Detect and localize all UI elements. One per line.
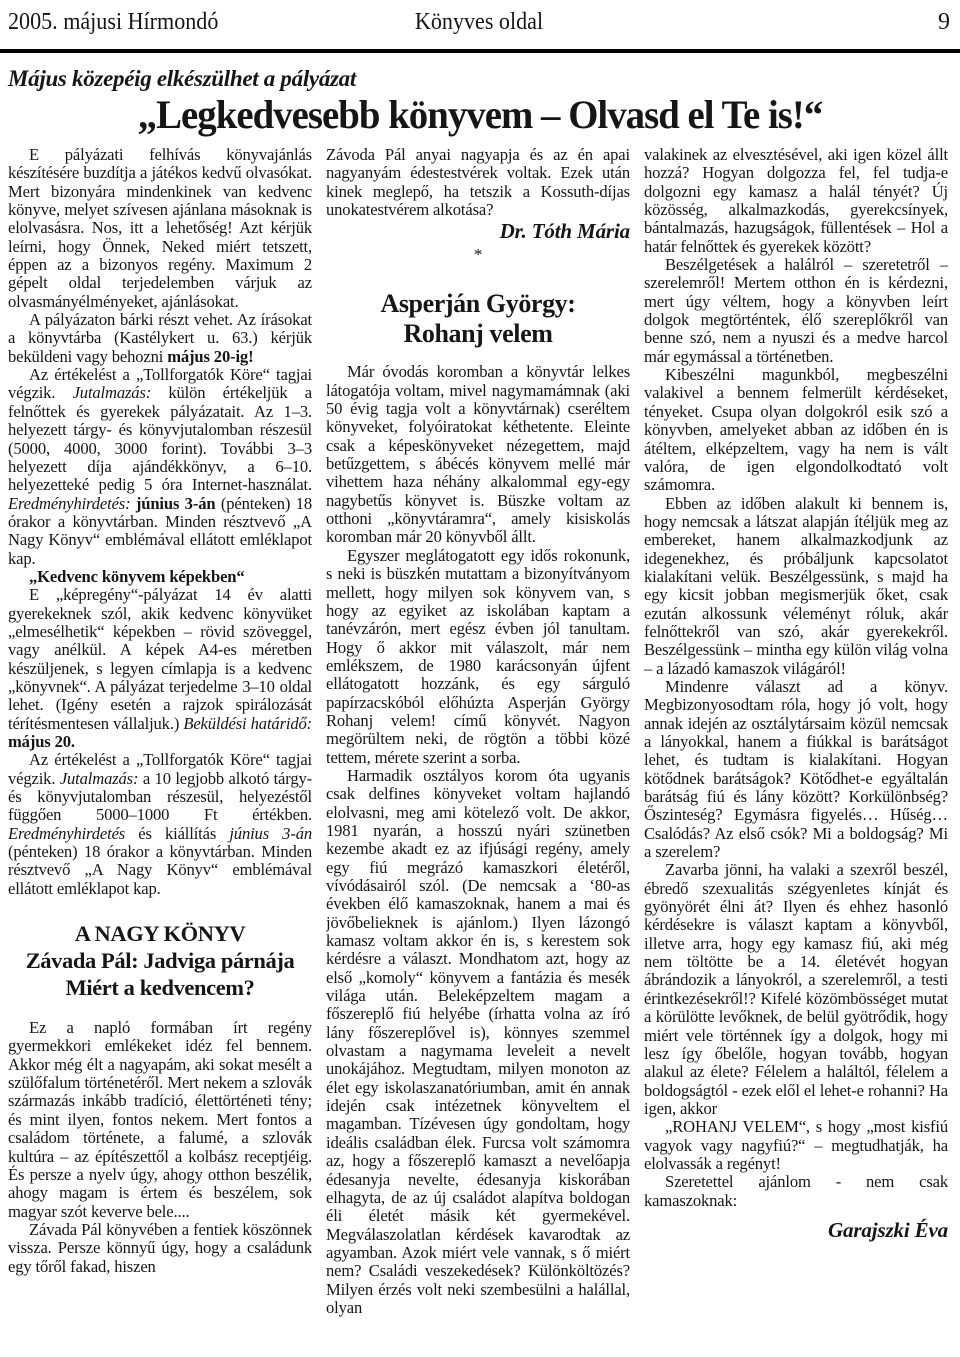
article-columns: E pályázati felhívás könyvajánlás készít… (0, 137, 960, 1357)
signature: Dr. Tóth Mária (326, 219, 630, 243)
paragraph: Az értékelést a „Tollforgatók Köre“ tagj… (8, 751, 312, 898)
paragraph: E „képregény“-pályázat 14 év alatti gyer… (8, 586, 312, 751)
paragraph: Ez a napló formában írt regény gyermekko… (8, 1019, 312, 1221)
paragraph: Závoda Pál anyai nagyapja és az én apai … (326, 146, 630, 219)
paragraph: Egyszer meglátogatott egy idős rokonunk,… (326, 547, 630, 767)
paragraph: Szeretettel ajánlom - nem csak kamaszokn… (644, 1173, 948, 1210)
kicker-headline: Május közepéig elkészülhet a pályázat (8, 66, 960, 92)
paragraph: Závada Pál könyvében a fentiek köszönnek… (8, 1221, 312, 1276)
paragraph: E pályázati felhívás könyvajánlás készít… (8, 146, 312, 311)
header-rule (0, 49, 960, 53)
author-heading: Asperján György: (326, 289, 630, 319)
column-1: E pályázati felhívás könyvajánlás készít… (8, 146, 312, 1357)
paragraph: Az értékelést a „Tollforgatók Köre“ tagj… (8, 366, 312, 568)
book-heading: A NAGY KÖNYV (8, 920, 312, 947)
issue-title: 2005. májusi Hírmondó (8, 8, 297, 36)
paragraph: Kibeszélni magunkból, megbeszélni valaki… (644, 366, 948, 494)
paragraph: Mindenre választ ad a könyv. Megbizonyos… (644, 678, 948, 861)
section-title: Könyves oldal (335, 8, 624, 36)
subheading: „Kedvenc könyvem képekben“ (8, 568, 312, 586)
book-heading: Závada Pál: Jadviga párnája (8, 947, 312, 974)
paragraph: Zavarba jönni, ha valaki a szexről beszé… (644, 861, 948, 1118)
paragraph: A pályázaton bárki részt vehet. Az íráso… (8, 311, 312, 366)
separator-star: * (326, 247, 630, 263)
book-heading: Miért a kedvencem? (8, 974, 312, 1001)
page-header: 2005. májusi Hírmondó Könyves oldal 9 (0, 0, 960, 36)
paragraph: Harmadik osztályos korom óta ugyanis csa… (326, 767, 630, 1317)
paragraph: Ebben az időben alakult ki bennem is, ho… (644, 495, 948, 678)
paragraph: valakinek az elvesztésével, aki igen köz… (644, 146, 948, 256)
paragraph: Beszélgetések a halálról – szeretetről –… (644, 256, 948, 366)
page-number: 9 (636, 8, 950, 36)
paragraph: „ROHANJ VELEM“, s hogy „most kisfiú vagy… (644, 1118, 948, 1173)
signature: Garajszki Éva (644, 1218, 948, 1242)
column-3: valakinek az elvesztésével, aki igen köz… (644, 146, 948, 1357)
author-heading: Rohanj velem (326, 319, 630, 349)
column-2: Závoda Pál anyai nagyapja és az én apai … (326, 146, 630, 1357)
paragraph: Már óvodás koromban a könyvtár lelkes lá… (326, 363, 630, 546)
article-title: „Legkedvesebb könyvem – Olvasd el Te is!… (14, 93, 945, 137)
newspaper-page: 2005. májusi Hírmondó Könyves oldal 9 Má… (0, 0, 960, 1357)
